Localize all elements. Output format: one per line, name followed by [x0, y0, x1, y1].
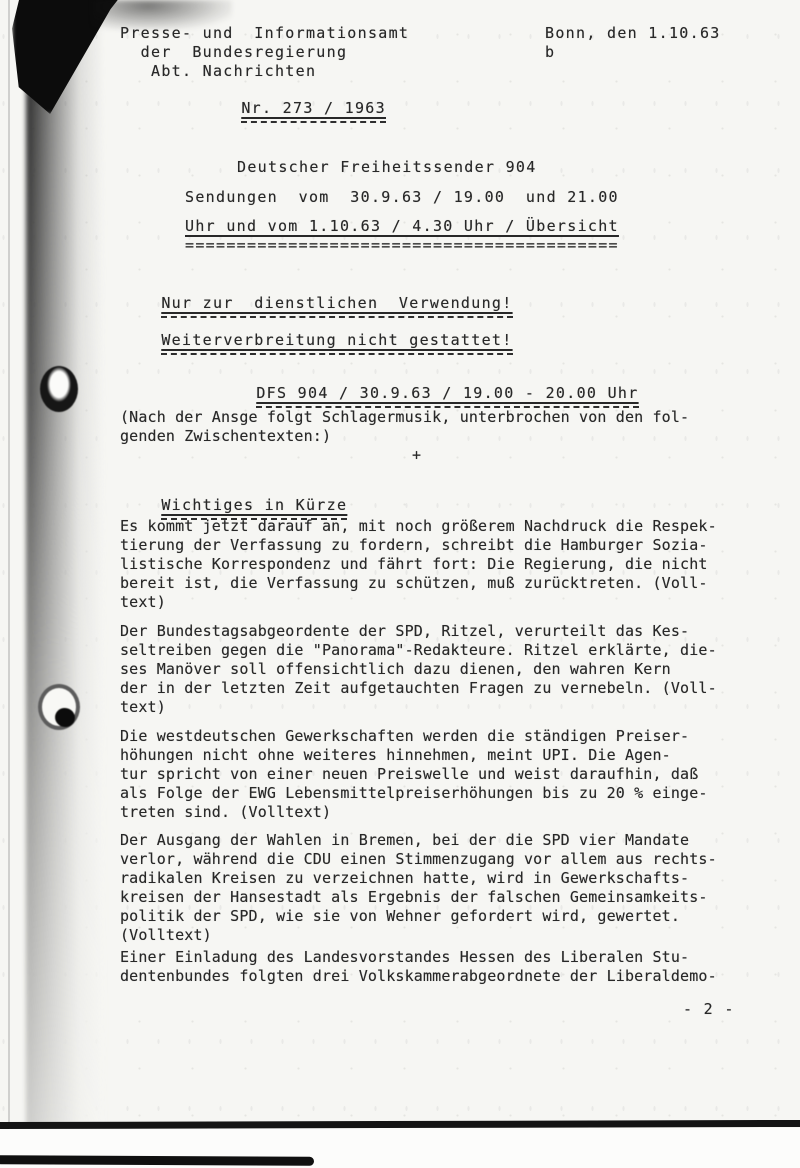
scan-shadow-band	[26, 0, 104, 1126]
paragraph: Der Bundestagsabgeordente der SPD, Ritze…	[120, 622, 717, 717]
paragraph: Der Ausgang der Wahlen in Bremen, bei de…	[120, 831, 717, 945]
punch-hole-bottom	[38, 684, 80, 730]
paragraph: Es kommt jetzt darauf an, mit noch größe…	[120, 517, 717, 612]
title-double-rule: ========================================…	[185, 236, 619, 255]
restriction-notice-2: Weiterverbreitung nicht gestattet!	[161, 331, 512, 355]
broadcast-title-line1: Deutscher Freiheitssender 904	[237, 158, 537, 177]
issue-number: Nr. 273 / 1963	[241, 99, 386, 123]
paragraph: Die westdeutschen Gewerkschaften werden …	[120, 727, 708, 822]
stage-direction: (Nach der Ansge folgt Schlagermusik, unt…	[120, 408, 689, 446]
page-number: - 2 -	[683, 1000, 735, 1019]
broadcast-heading: DFS 904 / 30.9.63 / 19.00 - 20.00 Uhr	[256, 384, 638, 408]
broadcast-title-line3: Uhr und vom 1.10.63 / 4.30 Uhr / Übersic…	[185, 217, 619, 236]
punch-hole-top	[40, 366, 78, 412]
agency-letterhead: Presse- und Informationsamt der Bundesre…	[120, 24, 409, 81]
bottom-partial-scan-line	[0, 1155, 314, 1166]
broadcast-title-line2: Sendungen vom 30.9.63 / 19.00 und 21.00	[185, 188, 619, 207]
plus-separator: +	[412, 446, 421, 465]
scanned-document-page: Presse- und Informationsamt der Bundesre…	[0, 0, 800, 1168]
paragraph: Einer Einladung des Landesvorstandes Hes…	[120, 948, 717, 986]
place-date: Bonn, den 1.10.63 b	[545, 24, 721, 62]
scan-edge-hairline	[8, 0, 10, 1168]
